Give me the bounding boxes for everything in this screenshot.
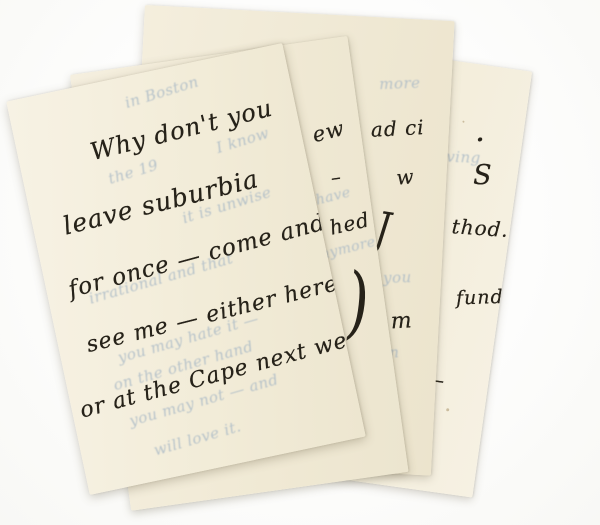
ink-fragment: ew [310, 118, 347, 146]
ink-fragment: hed [328, 209, 372, 238]
paper-speck [446, 408, 449, 411]
ink-fragment: m [390, 310, 413, 333]
bleed-through-line: in Boston [123, 74, 200, 111]
ink-fragment: w [396, 166, 416, 188]
letter-photograph: loving . S thod. fund – more you than ad… [0, 0, 600, 525]
ink-fragment: ad ci [370, 117, 425, 140]
ink-fragment: fund [456, 288, 504, 309]
ink-fragment: – [329, 166, 343, 187]
ink-fragment: S [473, 162, 493, 189]
bleed-through-line: the 19 [107, 158, 161, 187]
ink-fragment: . [475, 123, 487, 146]
bleed-through-line: will love it. [152, 419, 243, 458]
bleed-through-fragment: you [383, 270, 412, 286]
ink-fragment: ) [345, 263, 371, 342]
bleed-through-fragment: more [379, 76, 421, 92]
ink-fragment: thod. [451, 216, 509, 240]
paper-speck [462, 121, 464, 123]
